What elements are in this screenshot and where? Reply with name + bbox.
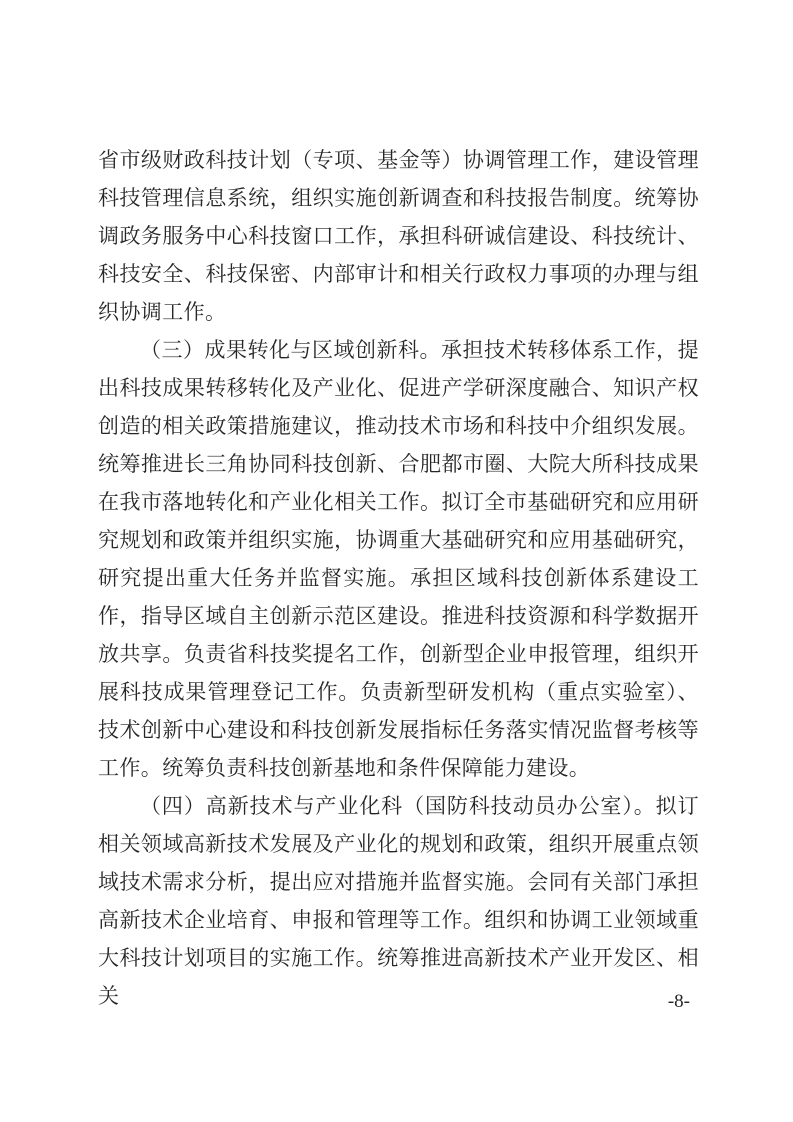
page-number: -8- xyxy=(668,991,690,1013)
paragraph-continuation: 省市级财政科技计划（专项、基金等）协调管理工作，建设管理科技管理信息系统，组织实… xyxy=(98,141,699,331)
document-page: 省市级财政科技计划（专项、基金等）协调管理工作，建设管理科技管理信息系统，组织实… xyxy=(0,0,793,1122)
document-body: 省市级财政科技计划（专项、基金等）协调管理工作，建设管理科技管理信息系统，组织实… xyxy=(98,141,699,1015)
paragraph-section-4: （四）高新技术与产业化科（国防科技动员办公室）。拟订相关领域高新技术发展及产业化… xyxy=(98,787,699,1015)
paragraph-section-3: （三）成果转化与区域创新科。承担技术转移体系工作，提出科技成果转移转化及产业化、… xyxy=(98,331,699,787)
